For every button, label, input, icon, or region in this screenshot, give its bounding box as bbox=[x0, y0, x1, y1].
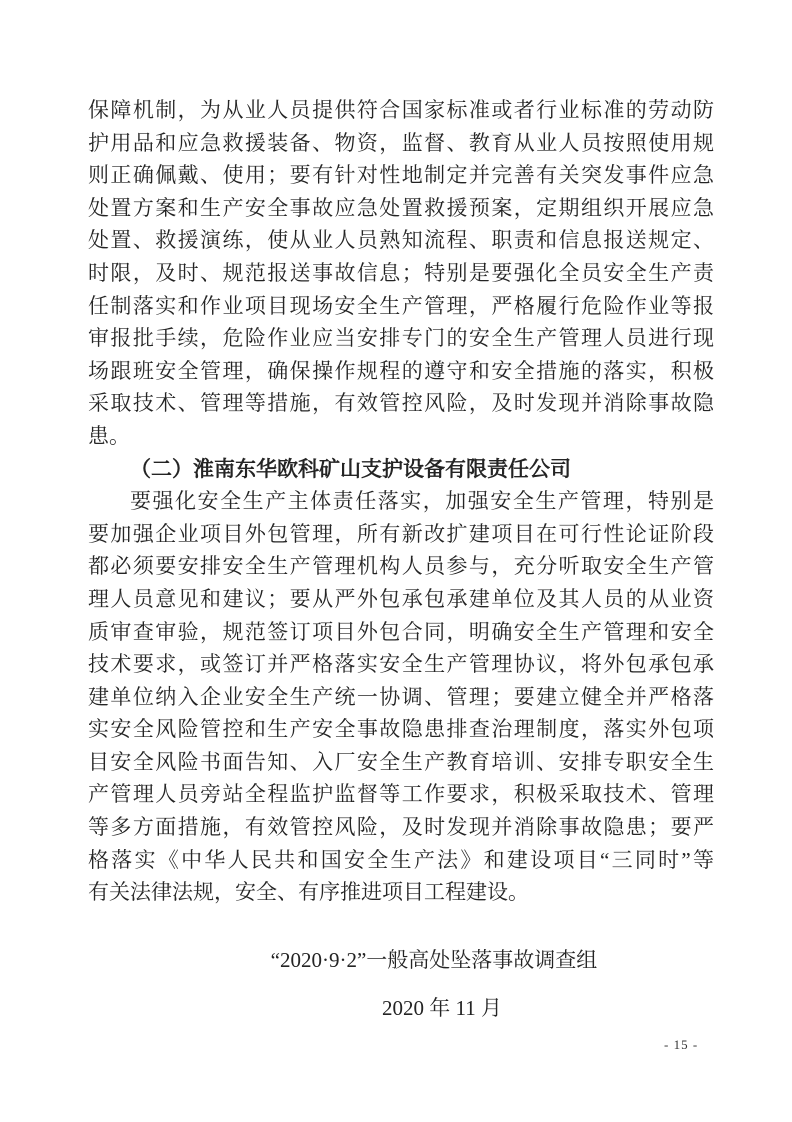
text-line: 要强化安全生产主体责任落实，加强安全生产管理，特别是 bbox=[88, 485, 714, 518]
text-line: 患。 bbox=[88, 420, 714, 453]
text-line: 任制落实和作业项目现场安全生产管理，严格履行危险作业等报 bbox=[88, 290, 714, 323]
text-line: 护用品和应急救援装备、物资，监督、教育从业人员按照使用规 bbox=[88, 127, 714, 160]
text-line: 都必须要安排安全生产管理机构人员参与，充分听取安全生产管 bbox=[88, 550, 714, 583]
text-line: 处置、救援演练，使从业人员熟知流程、职责和信息报送规定、 bbox=[88, 224, 714, 257]
text-line: 保障机制，为从业人员提供符合国家标准或者行业标准的劳动防 bbox=[88, 94, 714, 127]
text-line: 建单位纳入企业安全生产统一协调、管理；要建立健全并严格落 bbox=[88, 681, 714, 714]
text-line: 时限，及时、规范报送事故信息；特别是要强化全员安全生产责 bbox=[88, 257, 714, 290]
text-line: 质审查审验，规范签订项目外包合同，明确安全生产管理和安全 bbox=[88, 616, 714, 649]
text-line: 有关法律法规，安全、有序推进项目工程建设。 bbox=[88, 876, 714, 909]
text-line: 格落实《中华人民共和国安全生产法》和建设项目“三同时”等 bbox=[88, 844, 714, 877]
date-text: 2020 年 11 月 bbox=[382, 996, 502, 1020]
text-line: 要加强企业项目外包管理，所有新改扩建项目在可行性论证阶段 bbox=[88, 518, 714, 551]
page-number: - 15 - bbox=[664, 1037, 698, 1053]
signature-line: “2020·9·2”一般高处坠落事故调查组 bbox=[88, 944, 714, 977]
text-line: 目安全风险书面告知、入厂安全生产教育培训、安排专职安全生 bbox=[88, 746, 714, 779]
date-line: 2020 年 11 月 bbox=[88, 992, 714, 1025]
document-body: 保障机制，为从业人员提供符合国家标准或者行业标准的劳动防 护用品和应急救援装备、… bbox=[88, 94, 714, 909]
signature-text: “2020·9·2”一般高处坠落事故调查组 bbox=[271, 948, 598, 972]
text-line: 等多方面措施，有效管控风险，及时发现并消除事故隐患；要严 bbox=[88, 811, 714, 844]
document-page: 保障机制，为从业人员提供符合国家标准或者行业标准的劳动防 护用品和应急救援装备、… bbox=[0, 0, 792, 1122]
text-line: 场跟班安全管理，确保操作规程的遵守和安全措施的落实，积极 bbox=[88, 355, 714, 388]
text-line: 实安全风险管控和生产安全事故隐患排查治理制度，落实外包项 bbox=[88, 713, 714, 746]
text-line: 采取技术、管理等措施，有效管控风险，及时发现并消除事故隐 bbox=[88, 387, 714, 420]
text-line: 审报批手续，危险作业应当安排专门的安全生产管理人员进行现 bbox=[88, 322, 714, 355]
text-line: 技术要求，或签订并严格落实安全生产管理协议，将外包承包承 bbox=[88, 648, 714, 681]
text-line: 理人员意见和建议；要从严外包承包承建单位及其人员的从业资 bbox=[88, 583, 714, 616]
text-line: 则正确佩戴、使用；要有针对性地制定并完善有关突发事件应急 bbox=[88, 159, 714, 192]
text-line: 处置方案和生产安全事故应急处置救援预案，定期组织开展应急 bbox=[88, 192, 714, 225]
text-line: 产管理人员旁站全程监护监督等工作要求，积极采取技术、管理 bbox=[88, 778, 714, 811]
section-heading: （二）淮南东华欧科矿山支护设备有限责任公司 bbox=[88, 453, 714, 486]
